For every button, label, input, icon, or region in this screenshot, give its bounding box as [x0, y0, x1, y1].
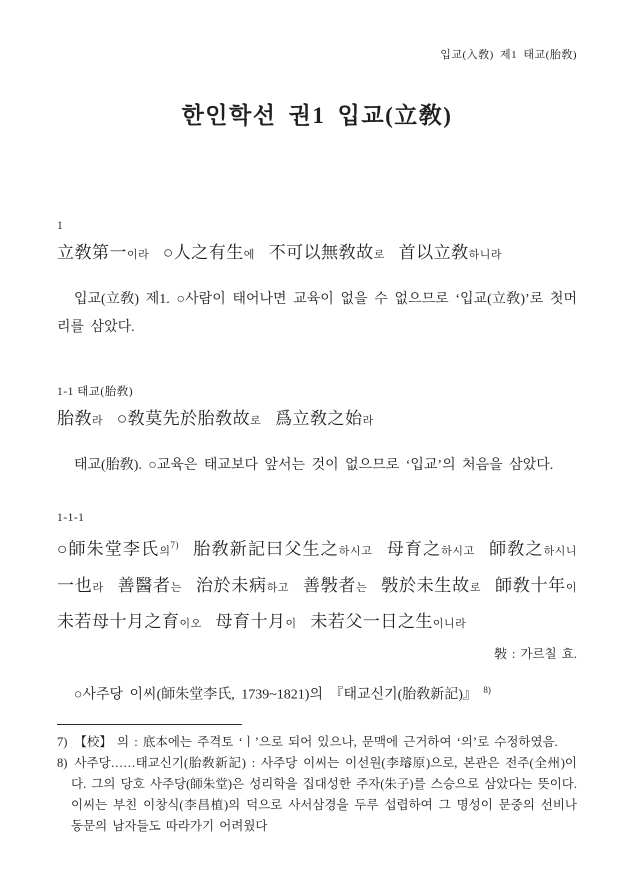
footnotes: 7)【校】 의 : 底本에는 주격토 ‘ㅣ’으로 되어 있으나, 문맥에 근거하… — [57, 732, 577, 837]
section-1-1-translation: 태교(胎敎). ○교육은 태교보다 앞서는 것이 없으므로 ‘입교’의 처음을 … — [57, 452, 577, 480]
translation-text: ○사주당 이씨(師朱堂李氏, 1739~1821)의 『태교신기(胎敎新記)』 — [74, 687, 483, 702]
section-1-1-1-label: 1-1-1 — [57, 510, 577, 526]
footnote-8: 8)사주당……태교신기(胎敎新記) : 사주당 이씨는 이선원(李璿原)으로, … — [57, 753, 577, 837]
section-1-hanmun-text: 立敎第一이라 ○人之有生에 不可以無敎故로 首以立敎하니라 — [57, 236, 577, 272]
document-page: 입교(入敎) 제1 태교(胎敎) 한인학선 권1 입교(立敎) 1 立敎第一이라… — [0, 0, 633, 879]
section-1-1: 1-1 태교(胎敎) 胎敎라 ○敎莫先於胎敎故로 爲立敎之始라 태교(胎敎). … — [57, 384, 577, 480]
footnote-7: 7)【校】 의 : 底本에는 주격토 ‘ㅣ’으로 되어 있으나, 문맥에 근거하… — [57, 732, 577, 753]
footnote-8-text: 사주당……태교신기(胎敎新記) : 사주당 이씨는 이선원(李璿原)으로, 본관… — [71, 756, 577, 833]
section-1-1-label: 1-1 태교(胎敎) — [57, 384, 577, 400]
section-1-translation: 입교(立敎) 제1. ○사람이 태어나면 교육이 없을 수 없으므로 ‘입교(立… — [57, 286, 577, 342]
character-gloss-note: 斅 : 가르칠 효. — [57, 644, 577, 662]
section-1-1-1-hanmun-text: ○師朱堂李氏의7) 胎敎新記曰父生之하시고 母育之하시고 師敎之하시니 一也라 … — [57, 528, 577, 641]
section-1-1-1-translation: ○사주당 이씨(師朱堂李氏, 1739~1821)의 『태교신기(胎敎新記)』 … — [57, 676, 577, 710]
page-title: 한인학선 권1 입교(立敎) — [57, 98, 577, 134]
section-1-1-1: 1-1-1 ○師朱堂李氏의7) 胎敎新記曰父生之하시고 母育之하시고 師敎之하시… — [57, 510, 577, 709]
footnote-7-marker: 7) — [57, 735, 67, 749]
footnote-ref-8: 8) — [483, 685, 491, 695]
footnote-divider — [57, 724, 242, 725]
footnote-8-marker: 8) — [57, 756, 67, 770]
section-1-label: 1 — [57, 218, 577, 234]
section-1: 1 立敎第一이라 ○人之有生에 不可以無敎故로 首以立敎하니라 입교(立敎) 제… — [57, 218, 577, 342]
section-1-1-hanmun-text: 胎敎라 ○敎莫先於胎敎故로 爲立敎之始라 — [57, 402, 577, 438]
running-header: 입교(入敎) 제1 태교(胎敎) — [57, 46, 577, 62]
footnote-7-text: 【校】 의 : 底本에는 주격토 ‘ㅣ’으로 되어 있으나, 문맥에 근거하여 … — [74, 735, 557, 749]
